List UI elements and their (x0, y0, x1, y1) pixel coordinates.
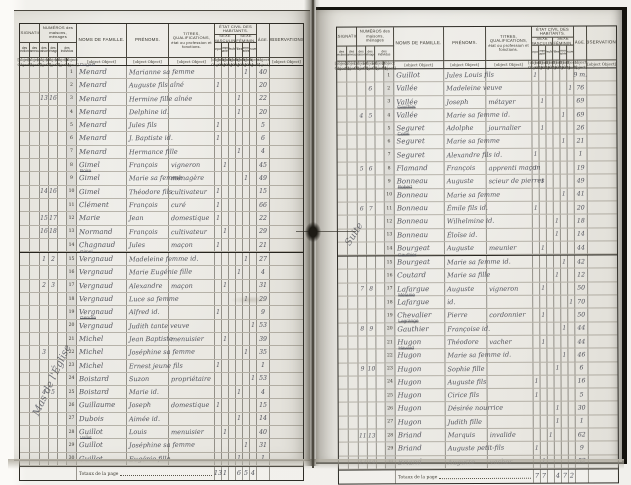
cell-filles-tick (236, 132, 243, 144)
family-name-text: Flamand (397, 163, 428, 175)
cell-family-name: Dugast Menard (77, 66, 127, 78)
cell-femmes-mariees-tick (243, 266, 250, 278)
profession-text: curé (171, 200, 186, 211)
cell-age: 19 (575, 162, 588, 174)
cell-designation-a (338, 189, 348, 201)
cell-hommes-maries-tick (222, 386, 229, 398)
family-name-text: Guillot (79, 440, 103, 451)
cell-profession (169, 66, 215, 78)
cell-femmes-mariees-tick: 1 (561, 188, 568, 200)
table-row: 16 18 13 Normand François (20, 226, 303, 239)
cell-femmes-mariees-tick (562, 429, 569, 441)
cell-veuves-tick (568, 309, 575, 321)
cell-house-number: 15 (40, 212, 49, 224)
cell-garcons-tick: 1 (215, 132, 222, 144)
cell-veuves-tick (250, 386, 257, 398)
cell-first-name: Auguste fils aîné (127, 79, 169, 91)
cell-individual-number-blank (376, 229, 385, 241)
cell-first-name: Adolphe (444, 122, 486, 134)
cell-profession (487, 256, 533, 268)
cell-household-number (366, 96, 375, 108)
cell-household-number (49, 293, 58, 305)
cell-individual-number-blank (58, 306, 67, 318)
cell-profession (169, 146, 215, 158)
column-number: [object Object] (169, 58, 215, 65)
cell-veufs-tick (229, 132, 236, 144)
cell-designation-b (30, 146, 40, 158)
profession-text: propriétaire (171, 374, 211, 385)
cell-femmes-mariees-tick (243, 413, 250, 425)
cell-hommes-maries-tick (222, 399, 229, 411)
cell-observations (589, 389, 618, 401)
family-name-text: Bonneau (397, 190, 428, 202)
cell-household-number (367, 176, 376, 188)
cell-individual-number-blank (377, 416, 386, 428)
cell-household-number (49, 399, 58, 411)
cell-femmes-mariees-tick (243, 239, 250, 251)
cell-hommes-maries-tick (541, 389, 548, 401)
cell-individual-number-blank (58, 66, 67, 78)
cell-garcons-tick: 1 (215, 399, 222, 411)
cell-veuves-tick (250, 399, 257, 411)
cell-house-number (40, 439, 49, 451)
cell-designation-a (20, 333, 30, 345)
cell-observations (270, 399, 303, 411)
cell-veufs-tick (546, 95, 553, 107)
cell-individual-number-blank (376, 296, 385, 308)
table-row: 1 2 15 Gimel Vergnaud Madeleine femme id… (20, 252, 303, 266)
cell-filles-tick (236, 212, 243, 224)
table-row: 2 Menard Auguste fils aîné (20, 79, 303, 92)
profession-text: vacher (489, 337, 512, 348)
cell-garcons-tick (533, 296, 540, 308)
profession-text: domestique (171, 400, 209, 411)
family-name-text: Guillaume (79, 400, 115, 411)
first-name-text: Marie id. (129, 387, 159, 398)
cell-family-name: Gauthier Bourgeat (395, 256, 445, 269)
table-body: 1 Dugast Menard Marianne sa femme (20, 66, 303, 466)
cell-family-name: Bonneau (395, 202, 445, 215)
cell-hommes-maries-tick (222, 239, 229, 251)
cell-individual-number-blank (58, 399, 67, 411)
cell-row-number: 5 (384, 123, 394, 135)
cell-veuves-tick (568, 282, 575, 294)
cell-designation-a (20, 119, 30, 131)
cell-house-number (358, 189, 367, 201)
cell-veuves-tick (569, 375, 576, 387)
cell-designation-a (20, 293, 30, 305)
table-row: 11 Clément François curé (20, 199, 303, 212)
family-name-text: Menard (79, 107, 107, 118)
cell-designation-b (347, 136, 357, 148)
cell-first-name: Auguste (445, 283, 487, 295)
header-designation: DÉSIGNATION (337, 28, 357, 47)
cell-hommes-maries-tick (222, 439, 229, 451)
cell-garcons-tick (215, 373, 222, 385)
family-name-text: Normand (79, 226, 113, 237)
cell-family-name: Seguret (395, 149, 445, 162)
cell-filles-tick: 1 (236, 413, 243, 425)
cell-designation-b (30, 93, 40, 105)
cell-femmes-mariees-tick (243, 106, 250, 118)
cell-household-number (49, 266, 58, 278)
cell-profession (488, 389, 534, 401)
cell-hommes-maries-tick: 1 (539, 95, 546, 107)
profession-text: cordonnier (489, 310, 525, 322)
table-row: 9 Bonneau Auguste scieur de pierres (338, 175, 617, 190)
cell-garcons-tick (532, 95, 539, 107)
cell-house-number: 6 (358, 202, 367, 214)
cell-observations (589, 375, 618, 387)
cell-hommes-maries-tick (539, 109, 546, 121)
cell-household-number (366, 123, 375, 135)
cell-veufs-tick (547, 282, 554, 294)
cell-house-number (40, 360, 49, 372)
cell-designation-a (338, 310, 348, 322)
cell-house-number (40, 266, 49, 278)
cell-individual-number-blank (376, 363, 385, 375)
cell-profession (169, 119, 215, 131)
cell-veuves-tick: 1 (568, 296, 575, 308)
cell-first-name: Marie sa femme (445, 189, 487, 201)
cell-femmes-mariees-tick (243, 132, 250, 144)
first-name-text: Pierre (447, 310, 468, 321)
cell-observations (270, 253, 303, 265)
cell-veufs-tick (548, 442, 555, 454)
cell-household-number (368, 443, 377, 455)
cell-veuves-tick (250, 159, 257, 171)
cell-veufs-tick (229, 413, 236, 425)
cell-veuves-tick (250, 119, 257, 131)
cell-observations (270, 146, 303, 158)
cell-age: 44 (575, 335, 588, 347)
first-name-text: Théodore (447, 337, 478, 349)
table-header: DÉSIGNATION des sections des hameaux NUM… (20, 24, 303, 66)
cell-row-number: 25 (386, 389, 396, 401)
table-row: 6 2 Vallée Madeleine veuve (337, 82, 616, 97)
cell-hommes-maries-tick (539, 69, 546, 81)
cell-hommes-maries-tick (222, 79, 229, 91)
cell-profession: cultivateur (169, 186, 215, 198)
cell-veuves-tick (250, 132, 257, 144)
cell-age: 44 (575, 322, 588, 334)
cell-profession: vacher (487, 336, 533, 348)
cell-designation-a (338, 350, 348, 362)
header-prenoms: PRÉNOMS. (127, 24, 169, 58)
cell-family-name: Vallée (394, 82, 444, 95)
cell-first-name: Hermance fille (127, 146, 169, 158)
cell-house-number (40, 66, 49, 78)
cell-profession (169, 413, 215, 425)
cell-veufs-tick (229, 306, 236, 318)
cell-veufs-tick (547, 269, 554, 281)
profession-text: vigneron (489, 283, 518, 294)
cell-filles-tick: 1 (554, 215, 561, 227)
cell-individual-number-blank (58, 333, 67, 345)
cell-designation-a (20, 320, 30, 332)
cell-filles-tick (555, 389, 562, 401)
cell-garcons-tick: 1 (533, 202, 540, 214)
cell-household-number (49, 413, 58, 425)
cell-profession (169, 306, 215, 318)
cell-row-number: 4 (384, 109, 394, 121)
cell-first-name: Aimée id. (127, 413, 169, 425)
cell-profession (486, 82, 532, 94)
cell-filles-tick: 1 (236, 106, 243, 118)
cell-filles-tick (554, 175, 561, 187)
cell-house-number (358, 176, 367, 188)
first-name-text: Françoise id. (447, 323, 490, 335)
cell-first-name: Marie sa femme (127, 172, 169, 184)
cell-designation-a (338, 216, 348, 228)
first-name-text: Louis (129, 427, 147, 438)
cell-row-number: 23 (385, 363, 395, 375)
cell-designation-a (338, 283, 348, 295)
cell-household-number (368, 390, 377, 402)
family-name-text: Lafargue (397, 297, 429, 309)
cell-veufs-tick (548, 389, 555, 401)
table-row: 26 Guillaume Joseph domestique (20, 399, 303, 412)
cell-family-name: Michel (77, 346, 127, 358)
cell-observations (588, 228, 617, 240)
table-row: 10 Robert Bonneau Marie sa femme (338, 188, 617, 203)
cell-family-name: Hugon (396, 416, 446, 429)
cell-individual-number-blank (376, 283, 385, 295)
cell-designation-a (339, 430, 349, 442)
table-row: 26 Hugon Désirée nourrice (339, 402, 618, 417)
cell-row-number: 11 (385, 202, 395, 214)
cell-house-number (357, 83, 366, 95)
cell-first-name: Marie sa fille (445, 269, 487, 281)
cell-household-number: 18 (49, 226, 58, 238)
cell-veuves-tick (250, 212, 257, 224)
cell-garcons-tick: 1 (215, 119, 222, 131)
cell-family-name: Bonneau (395, 215, 445, 228)
cell-designation-a (20, 346, 30, 358)
cell-family-name: Lagrange Gauthier (395, 323, 445, 336)
first-name-text: Marie sa fille (447, 270, 490, 282)
cell-individual-number-blank (58, 226, 67, 238)
cell-profession: meunier (487, 242, 533, 254)
cell-filles-tick (236, 360, 243, 372)
cell-filles-tick: 1 (236, 93, 243, 105)
cell-veufs-tick (229, 333, 236, 345)
cell-profession: menuisier (169, 426, 215, 438)
cell-first-name: Hermine fille aînée (127, 93, 169, 105)
cell-designation-a (20, 186, 30, 198)
cell-row-number: 2 (384, 83, 394, 95)
cell-femmes-mariees-tick (561, 215, 568, 227)
cell-first-name: Auguste (445, 175, 487, 187)
total-femmes-mariees: 7 (562, 470, 569, 480)
cell-profession (169, 386, 215, 398)
cell-garcons-tick (532, 109, 539, 121)
table-row: 29 Briand Auguste petit-fils (339, 442, 618, 457)
cell-observations (270, 439, 303, 451)
cell-age: 46 (575, 349, 588, 361)
cell-garcons-tick (215, 439, 222, 451)
cell-filles-tick (236, 66, 243, 78)
cell-first-name: Delphine id. (127, 106, 169, 118)
cell-observations (270, 373, 303, 385)
cell-individual-number-blank (58, 93, 67, 105)
cell-household-number: 16 (49, 186, 58, 198)
cell-femmes-mariees-tick (243, 159, 250, 171)
table-row: 4 5 25 Boistard Marie id. (20, 386, 303, 399)
cell-age: 6 (575, 362, 588, 374)
cell-hommes-maries-tick (541, 415, 548, 427)
cell-observations (270, 79, 303, 91)
table-row: 7 8 17 Lafargue Auguste (338, 282, 617, 297)
cell-profession: journalier (486, 122, 532, 134)
cell-household-number (367, 336, 376, 348)
cell-filles-tick (554, 256, 561, 268)
cell-profession (488, 376, 534, 388)
cell-household-number (49, 373, 58, 385)
header-noms: NOMS DE FAMILLE. (77, 24, 127, 58)
cell-family-name: Flamand (395, 162, 445, 175)
cell-hommes-maries-tick (541, 402, 548, 414)
cell-hommes-maries-tick (222, 66, 229, 78)
cell-femmes-mariees-tick: 1 (561, 349, 568, 361)
cell-first-name: Joseph (127, 399, 169, 411)
cell-veufs-tick (546, 122, 553, 134)
cell-family-name: Gimel (77, 186, 127, 198)
cell-house-number (40, 239, 49, 251)
cell-femmes-mariees-tick (243, 333, 250, 345)
cell-row-number: 26 (67, 399, 77, 411)
cell-family-name: Menard (77, 146, 127, 158)
cell-garcons-tick (532, 135, 539, 147)
cell-individual-number-blank (377, 376, 386, 388)
cell-garcons-tick (215, 159, 222, 171)
table-row: 7 Menard Hermance fille (20, 146, 303, 159)
cell-household-number (367, 189, 376, 201)
cell-individual-number-blank (376, 310, 385, 322)
cell-family-name: Vergnaud (77, 266, 127, 278)
census-table: DÉSIGNATION des sections des hameaux NUM… (19, 23, 304, 480)
cell-household-number: 7 (367, 202, 376, 214)
cell-individual-number-blank (375, 96, 384, 108)
cell-designation-a (20, 439, 30, 451)
profession-text: cultivateur (171, 226, 207, 237)
family-name-text: Menard (79, 93, 107, 104)
cell-designation-b (348, 176, 358, 188)
cell-profession (487, 322, 533, 334)
cell-hommes-maries-tick (222, 320, 229, 332)
cell-designation-b (30, 253, 40, 265)
cell-garcons-tick: 1 (215, 79, 222, 91)
cell-household-number (49, 346, 58, 358)
cell-profession (488, 415, 534, 427)
cell-observations (589, 415, 618, 427)
cell-first-name: Jean Baptiste (127, 333, 169, 345)
cell-household-number (49, 119, 58, 131)
cell-household-number: 17 (49, 212, 58, 224)
cell-femmes-mariees-tick (561, 309, 568, 321)
profession-text: meunier (489, 243, 517, 254)
cell-household-number (367, 242, 376, 254)
cell-hommes-maries-tick (540, 188, 547, 200)
column-number: [object Object] (444, 61, 486, 68)
cell-femmes-mariees-tick: 1 (243, 66, 250, 78)
family-name-text: Hugon (398, 417, 422, 428)
first-name-text: Delphine id. (129, 107, 169, 118)
cell-designation-b (348, 363, 358, 375)
cell-veuves-tick: 1 (250, 320, 257, 332)
cell-veuves-tick (567, 135, 574, 147)
cell-individual-number-blank (58, 132, 67, 144)
cell-row-number: 18 (67, 293, 77, 305)
cell-individual-number-blank (58, 79, 67, 91)
cell-individual-number-blank (376, 270, 385, 282)
cell-designation-a (338, 323, 348, 335)
cell-veufs-tick (229, 280, 236, 292)
cell-family-name: Hugon (395, 363, 445, 376)
table-row: 12 Bonneau Wilhelmine id. (338, 215, 617, 230)
cell-filles-tick (554, 296, 561, 308)
cell-veuves-tick (568, 349, 575, 361)
cell-hommes-maries-tick (540, 148, 547, 160)
cell-profession: ménagère (169, 172, 215, 184)
cell-designation-a (339, 376, 349, 388)
family-name-text: Menard (79, 67, 107, 78)
family-name-text: Bonneau (397, 203, 428, 215)
cell-row-number: 5 (67, 119, 77, 131)
cell-garcons-tick (533, 322, 540, 334)
cell-filles-tick (553, 82, 560, 94)
cell-designation-a (338, 363, 348, 375)
cell-hommes-maries-tick (540, 228, 547, 240)
first-name-text: Jules fils (129, 120, 157, 131)
cell-profession: curé (169, 199, 215, 211)
cell-observations (270, 212, 303, 224)
cell-femmes-mariees-tick: 1 (561, 256, 568, 268)
cell-age: 31 (257, 439, 270, 451)
cell-house-number (358, 336, 367, 348)
cell-first-name: Jean (127, 212, 169, 224)
cell-first-name: Marie sa femme id. (444, 109, 486, 121)
family-name-text: Clément (79, 200, 109, 211)
cell-individual-number-blank (376, 323, 385, 335)
table-row: 5 6 8 Flamand François (338, 161, 617, 176)
cell-profession (487, 269, 533, 281)
table-row: 6 7 11 Bonneau Émile fils id. (338, 201, 617, 216)
family-name-text: Hugon (397, 364, 421, 375)
cell-observations (270, 159, 303, 171)
cell-age: 31 (257, 280, 270, 292)
cell-row-number: 15 (385, 257, 395, 269)
cell-veufs-tick (547, 228, 554, 240)
cell-individual-number-blank (58, 253, 67, 265)
first-name-text: Joseph (129, 400, 151, 411)
cell-age: 5 (257, 119, 270, 131)
column-number: [object Object] (127, 58, 169, 65)
cell-designation-a (339, 416, 349, 428)
cell-designation-b (30, 159, 40, 171)
cell-row-number: 13 (385, 229, 395, 241)
cell-age: 20 (257, 106, 270, 118)
cell-first-name: Jules (127, 239, 169, 251)
table-row: 27 Hugon Judith fille (339, 415, 618, 430)
cell-profession: maçon (169, 280, 215, 292)
cell-filles-tick (553, 109, 560, 121)
cell-designation-a (20, 239, 30, 251)
cell-age: 62 (576, 429, 589, 441)
cell-age: 6 (257, 132, 270, 144)
cell-filles-tick (554, 162, 561, 174)
first-name-text: Adolphe (446, 123, 473, 134)
